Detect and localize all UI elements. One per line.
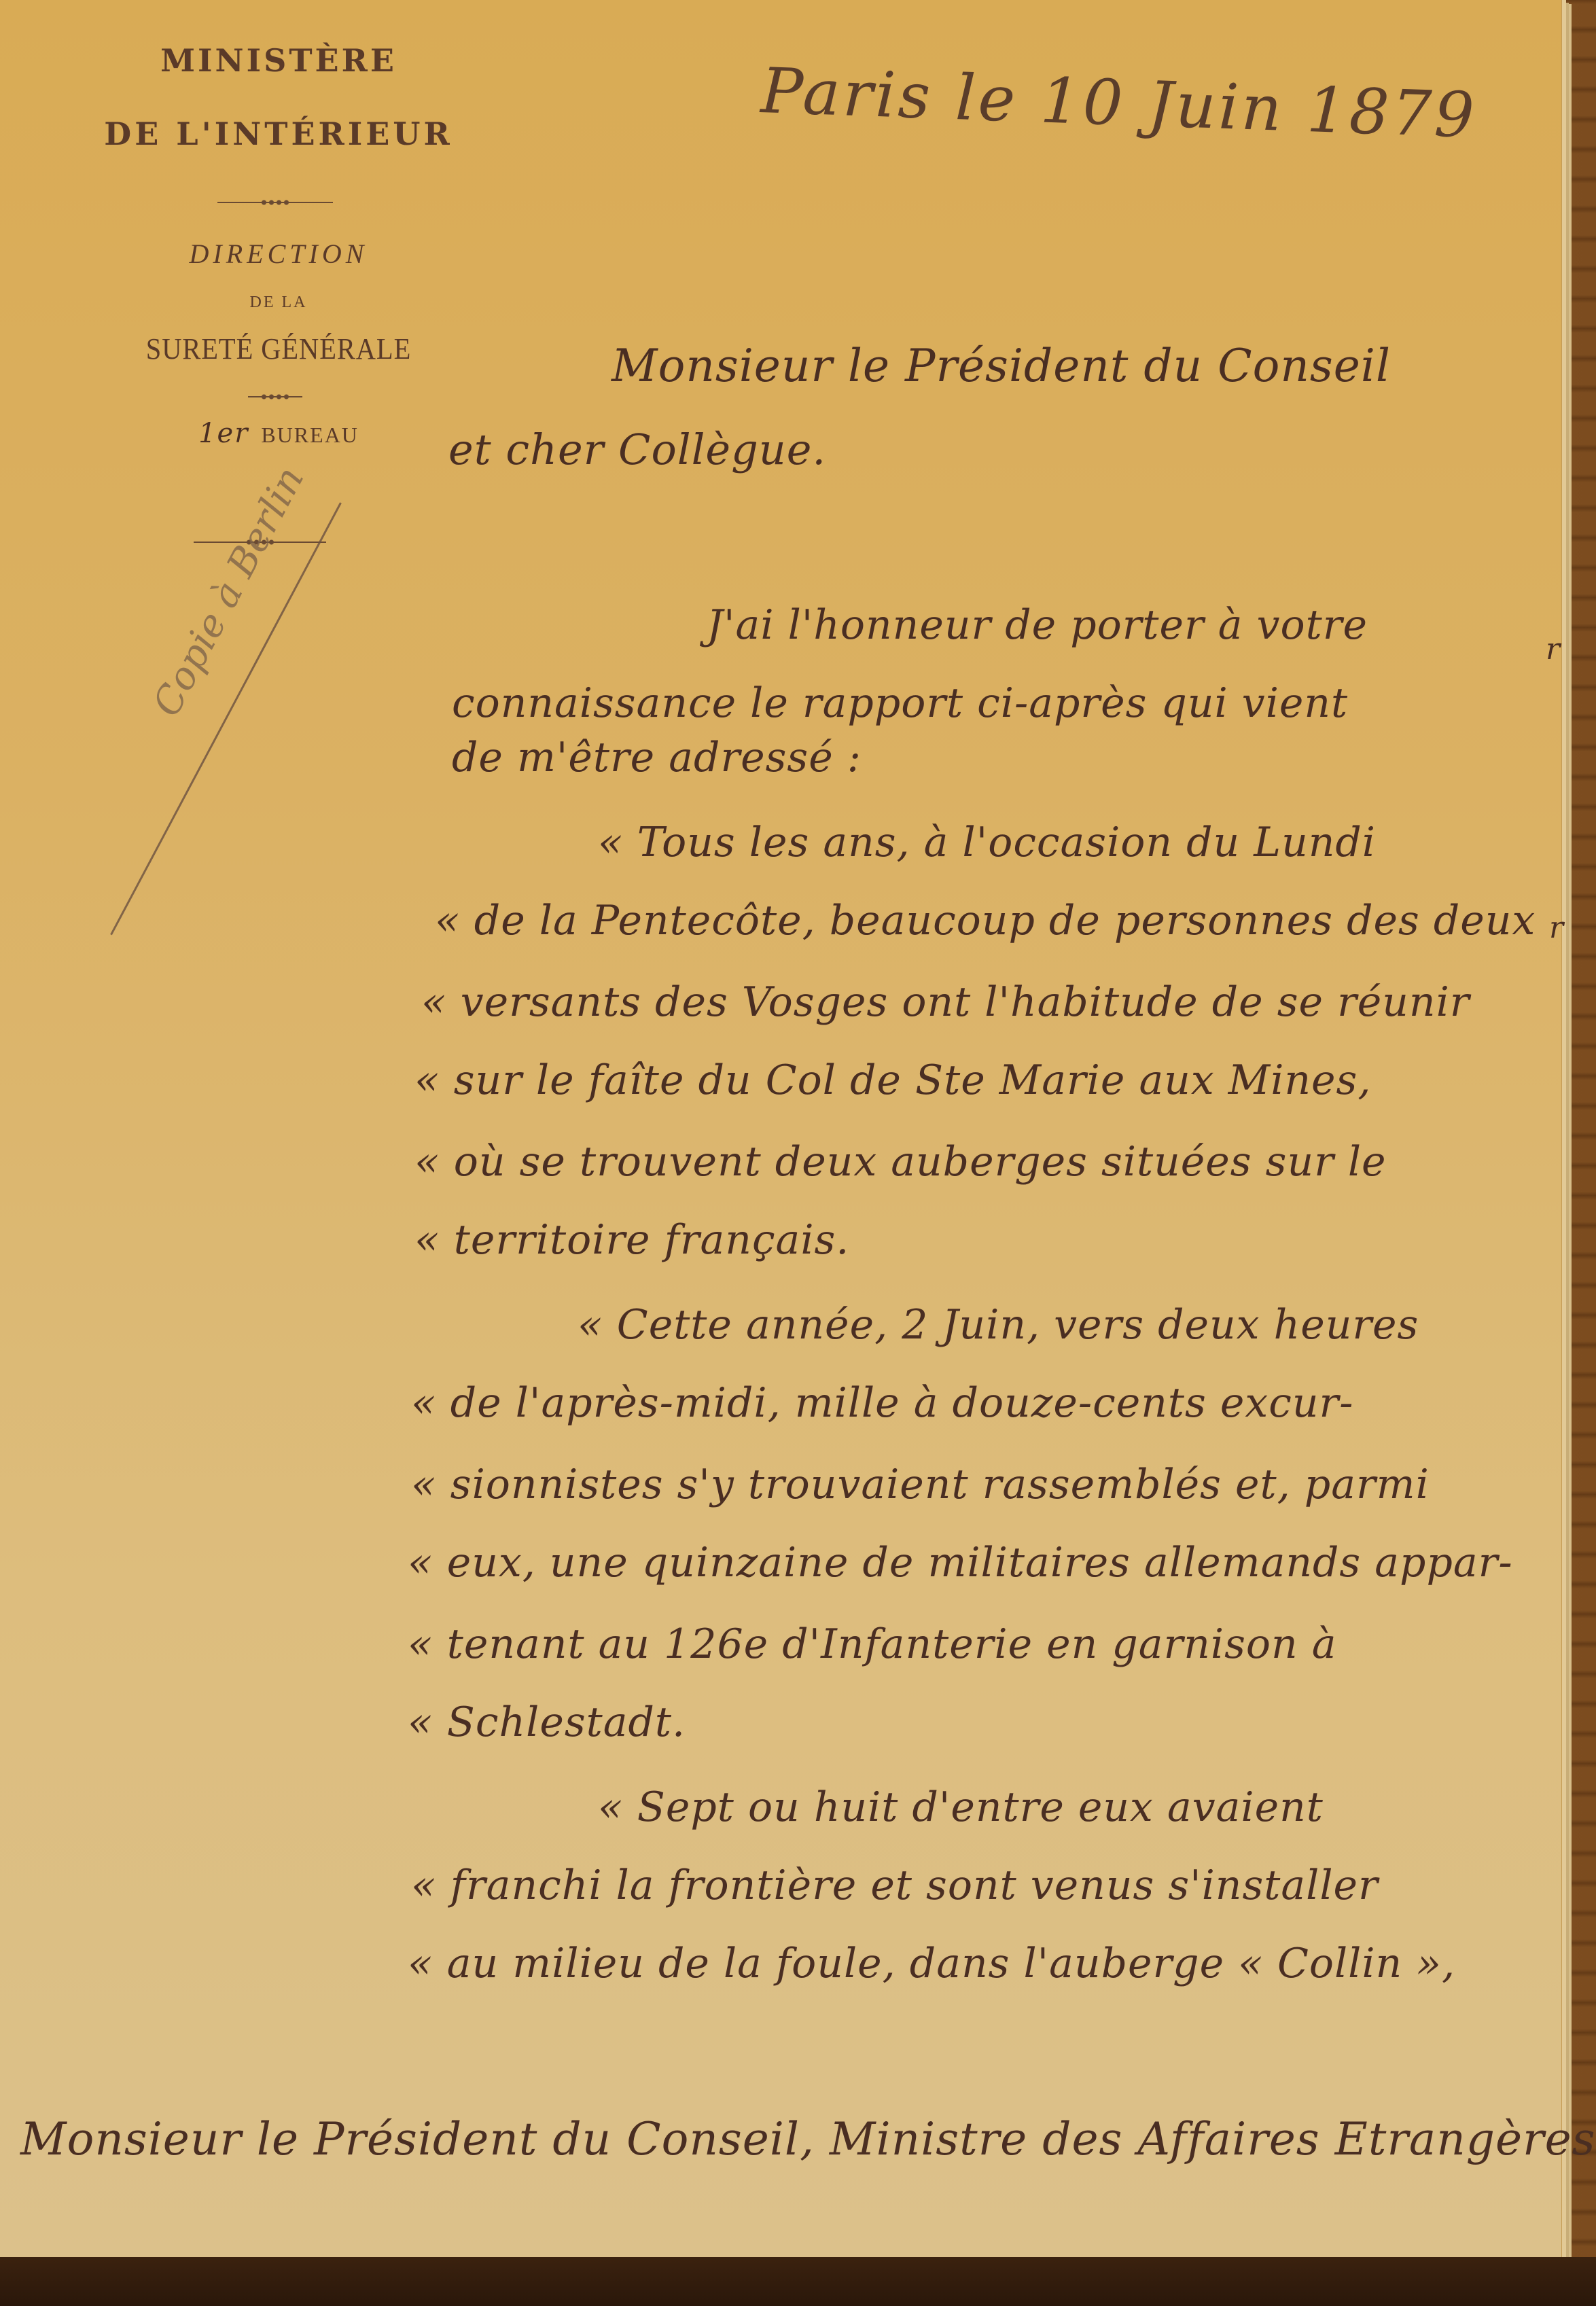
body-line: « Schlestadt. bbox=[408, 1699, 686, 1746]
ornament-divider-icon bbox=[248, 396, 302, 397]
edge-mark: r bbox=[1549, 910, 1563, 945]
salutation-line-2: et cher Collègue. bbox=[448, 425, 826, 474]
letterhead-department: SURETÉ GÉNÉRALE bbox=[110, 332, 448, 366]
body-line: « Sept ou huit d'entre eux avaient bbox=[598, 1784, 1324, 1831]
body-line: « Cette année, 2 Juin, vers deux heures bbox=[578, 1301, 1419, 1349]
letterhead-direction: DIRECTION bbox=[95, 238, 462, 270]
body-line: « Tous les ans, à l'occasion du Lundi bbox=[598, 819, 1376, 866]
body-line: connaissance le rapport ci-après qui vie… bbox=[452, 679, 1348, 727]
letterhead-bureau: 1er BUREAU bbox=[143, 418, 414, 449]
body-line: « versants des Vosges ont l'habitude de … bbox=[421, 978, 1470, 1026]
letterhead-de-la: DE LA bbox=[95, 294, 462, 312]
letterhead-ministry-line1: MINISTÈRE bbox=[95, 42, 462, 79]
body-line: « sionnistes s'y trouvaient rassemblés e… bbox=[411, 1461, 1430, 1508]
body-line: « de l'après-midi, mille à douze-cents e… bbox=[411, 1379, 1353, 1427]
bottom-shadow bbox=[0, 2257, 1596, 2306]
salutation-line-1: Monsieur le Président du Conseil bbox=[611, 340, 1391, 392]
bureau-label: BUREAU bbox=[261, 423, 359, 447]
edge-mark: r bbox=[1546, 632, 1560, 667]
body-line: J'ai l'honneur de porter à votre bbox=[707, 601, 1368, 649]
bureau-number: 1er bbox=[198, 418, 249, 449]
margin-note: Copie à Berlin bbox=[145, 460, 313, 724]
letter-page: MINISTÈRE DE L'INTÉRIEUR DIRECTION DE LA… bbox=[0, 0, 1562, 2257]
body-line: « franchi la frontière et sont venus s'i… bbox=[411, 1862, 1379, 1909]
body-line: « où se trouvent deux auberges situées s… bbox=[414, 1138, 1387, 1186]
body-line: « au milieu de la foule, dans l'auberge … bbox=[408, 1940, 1455, 1987]
date-line: Paris le 10 Juin 1879 bbox=[760, 54, 1478, 152]
body-line: « tenant au 126e d'Infanterie en garniso… bbox=[408, 1620, 1336, 1668]
body-line: de m'être adressé : bbox=[452, 734, 862, 781]
body-line: « territoire français. bbox=[414, 1216, 849, 1264]
letterhead-ministry-line2: DE L'INTÉRIEUR bbox=[95, 116, 462, 152]
body-line: « sur le faîte du Col de Ste Marie aux M… bbox=[414, 1057, 1371, 1104]
body-line: « de la Pentecôte, beaucoup de personnes… bbox=[435, 897, 1536, 944]
body-line: « eux, une quinzaine de militaires allem… bbox=[408, 1539, 1513, 1586]
ornament-divider-icon bbox=[217, 202, 333, 203]
addressee-line: Monsieur le Président du Conseil, Minist… bbox=[20, 2113, 1596, 2165]
